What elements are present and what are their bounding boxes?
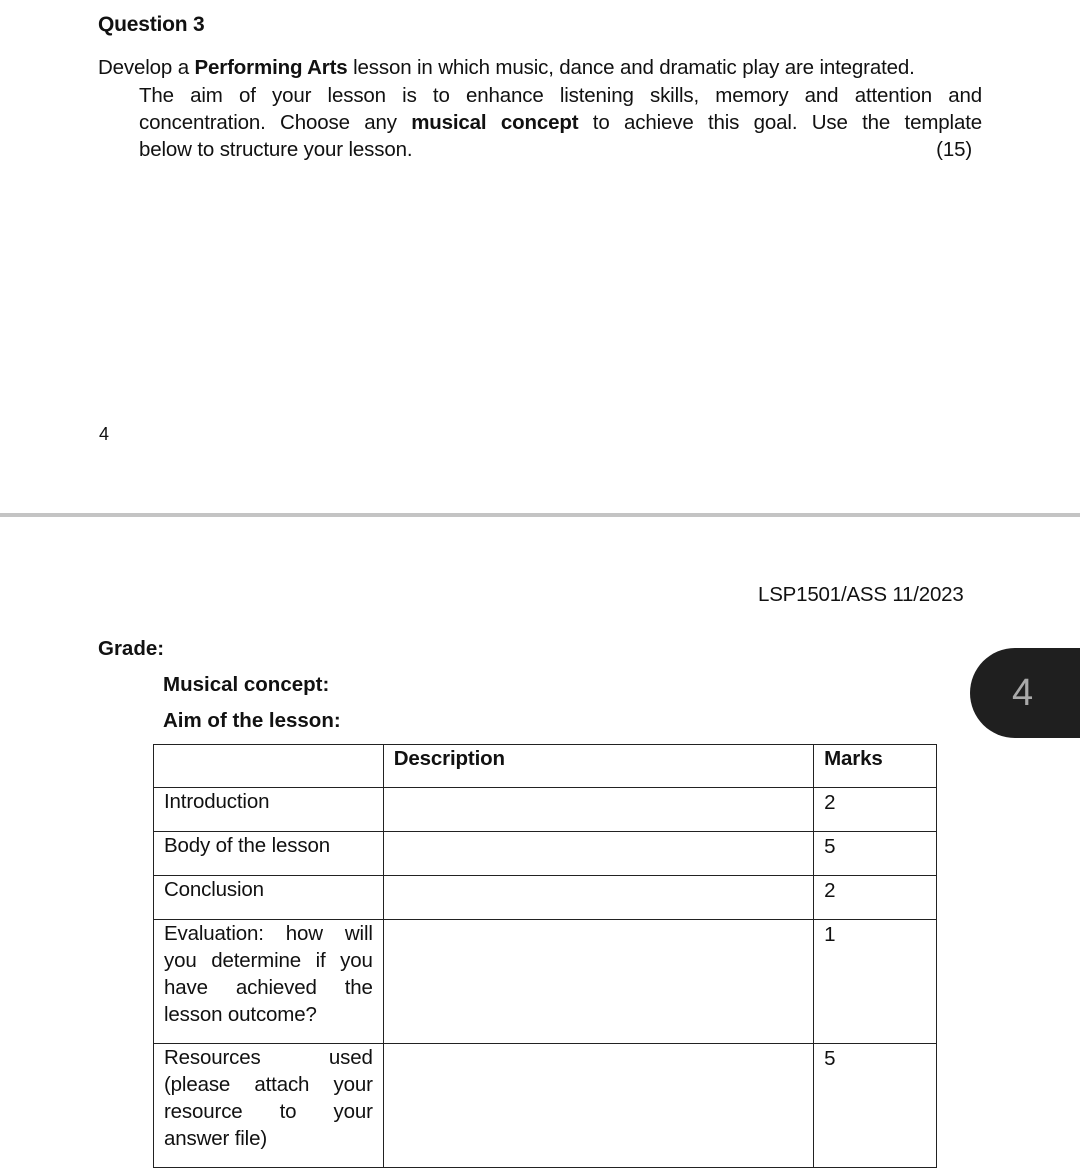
- row-label-line: (please attach your: [164, 1071, 373, 1098]
- question-text: Develop a: [98, 56, 195, 79]
- row-label-line: lesson outcome?: [164, 1003, 317, 1026]
- marks-cell: 1: [814, 920, 937, 1044]
- row-label: Evaluation: how will you determine if yo…: [154, 920, 384, 1044]
- table-row: Resources used (please attach your resou…: [154, 1044, 937, 1168]
- marks-cell: 5: [814, 1044, 937, 1168]
- header-cell-empty: [154, 745, 384, 788]
- page-number: 4: [99, 424, 109, 445]
- header-cell-description: Description: [383, 745, 813, 788]
- lesson-plan-table: Description Marks Introduction 2 Body of…: [153, 744, 937, 1168]
- row-label-line: Resources used: [164, 1044, 373, 1071]
- marks-cell: 2: [814, 788, 937, 832]
- table-row: Introduction 2: [154, 788, 937, 832]
- row-label-line: resource to your: [164, 1098, 373, 1125]
- question-text-line-3: concentration. Choose any musical concep…: [139, 109, 982, 136]
- row-label-line: Evaluation: how will: [164, 920, 373, 947]
- table-row: Conclusion 2: [154, 876, 937, 920]
- row-label: Body of the lesson: [154, 832, 384, 876]
- description-cell[interactable]: [383, 788, 813, 832]
- marks-cell: 2: [814, 876, 937, 920]
- row-label-line: have achieved the: [164, 974, 373, 1001]
- table-header-row: Description Marks: [154, 745, 937, 788]
- performing-arts-emphasis: Performing Arts: [195, 56, 348, 79]
- header-cell-marks: Marks: [814, 745, 937, 788]
- document-reference: LSP1501/ASS 11/2023: [758, 583, 964, 607]
- question-title: Question 3: [98, 13, 205, 37]
- row-label: Resources used (please attach your resou…: [154, 1044, 384, 1168]
- description-cell[interactable]: [383, 1044, 813, 1168]
- question-text: to achieve this goal. Use the template: [578, 111, 982, 134]
- table-row: Evaluation: how will you determine if yo…: [154, 920, 937, 1044]
- grade-label: Grade:: [98, 637, 164, 661]
- description-cell[interactable]: [383, 920, 813, 1044]
- question-text-line-4: below to structure your lesson.(15): [139, 136, 982, 163]
- page-divider: [0, 513, 1080, 517]
- question-text-line-1: Develop a Performing Arts lesson in whic…: [98, 54, 982, 81]
- question-text: concentration. Choose any: [139, 111, 411, 134]
- description-cell[interactable]: [383, 876, 813, 920]
- row-label-line: answer file): [164, 1127, 267, 1150]
- question-text: lesson in which music, dance and dramati…: [348, 56, 915, 79]
- description-cell[interactable]: [383, 832, 813, 876]
- row-label-line: you determine if you: [164, 947, 373, 974]
- question-text-line-2: The aim of your lesson is to enhance lis…: [139, 82, 982, 109]
- musical-concept-emphasis: musical concept: [411, 111, 578, 134]
- question-text: below to structure your lesson.: [139, 136, 412, 163]
- row-label: Conclusion: [154, 876, 384, 920]
- page-indicator-badge[interactable]: 4: [970, 648, 1080, 738]
- aim-of-lesson-label: Aim of the lesson:: [163, 709, 341, 733]
- page-indicator-number: 4: [1012, 672, 1033, 715]
- row-label: Introduction: [154, 788, 384, 832]
- table-row: Body of the lesson 5: [154, 832, 937, 876]
- question-text-body: The aim of your lesson is to enhance lis…: [139, 82, 982, 163]
- musical-concept-label: Musical concept:: [163, 673, 329, 697]
- question-marks: (15): [936, 136, 972, 163]
- marks-cell: 5: [814, 832, 937, 876]
